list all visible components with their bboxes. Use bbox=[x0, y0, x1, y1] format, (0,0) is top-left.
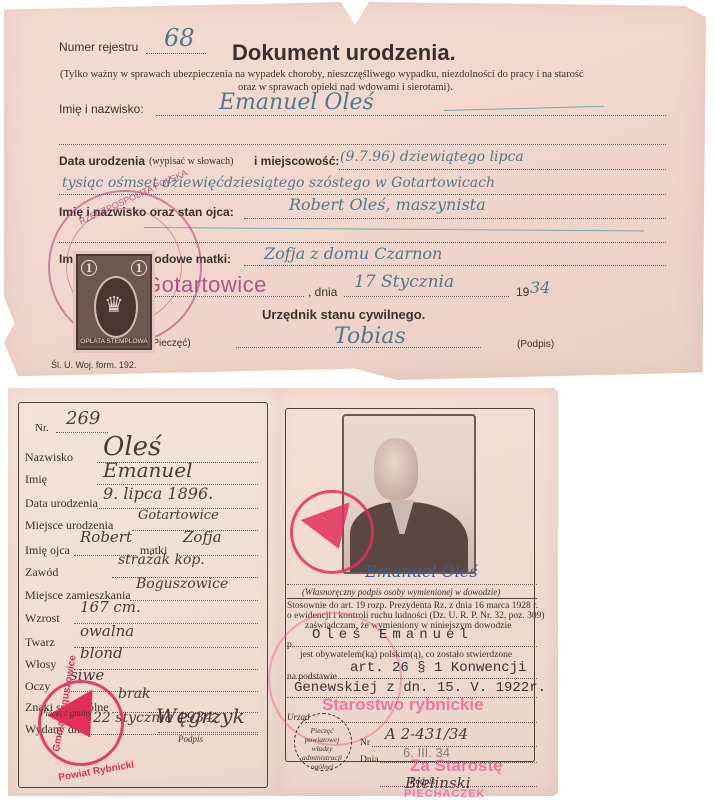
date-label: Dnia bbox=[360, 755, 378, 765]
birth-value-line-2: tysiąc ośmset dziewięćdziesiątego szóste… bbox=[62, 175, 495, 191]
basis-value-2: Genewskiej z dn. 15. V. 1922r. bbox=[294, 680, 546, 696]
id-card-left-page: Nr. 269 NazwiskoOleśImięEmanuelData urod… bbox=[8, 388, 278, 796]
field-label: Nazwisko bbox=[25, 450, 73, 465]
name-line bbox=[156, 115, 666, 116]
issuer-signature-label: Podpis bbox=[178, 734, 203, 744]
field-value: blond bbox=[80, 644, 123, 662]
number-label: Nr. bbox=[35, 422, 49, 434]
year-suffix: 34 bbox=[530, 278, 550, 297]
father-value: Robert Oleś, maszynista bbox=[289, 195, 486, 214]
field-label: Data urodzenia bbox=[25, 496, 98, 511]
official-label: Urzędnik stanu cywilnego. bbox=[262, 307, 425, 322]
revenue-stamp: 1 1 ♛ OPŁATA STEMPLOWA bbox=[76, 254, 152, 350]
subtitle-line-1: (Tylko ważny w sprawach ubezpieczenia na… bbox=[60, 69, 584, 80]
year-prefix: 19 bbox=[516, 285, 529, 299]
registry-line bbox=[146, 53, 206, 54]
revenue-stamp-text: OPŁATA STEMPLOWA bbox=[80, 338, 148, 346]
field-label: Imię ojca bbox=[25, 543, 70, 558]
date-label: , dnia bbox=[308, 285, 337, 299]
field-value: 9. lipca 1896. bbox=[103, 484, 213, 503]
field-label: Wzrost bbox=[25, 611, 60, 626]
signature-label: (Podpis) bbox=[517, 339, 554, 350]
revenue-stamp-value-right: 1 bbox=[131, 260, 147, 276]
field-label: Zawód bbox=[25, 565, 58, 580]
name-value: Emanuel Oleś bbox=[219, 90, 374, 115]
field-value: owalna bbox=[80, 622, 134, 640]
deputy-stamp: Za Starostę bbox=[410, 756, 503, 776]
citizen-line: jest obywatelem(ką) polskim(ą), co zosta… bbox=[300, 650, 512, 660]
name-label: Imię i nazwisko: bbox=[59, 102, 144, 116]
form-code: Śl. U. Woj. form. 192. bbox=[51, 360, 136, 370]
holder-signature: Emanuel Oleś bbox=[365, 562, 478, 581]
county-seal-label: Pieczęć powiatowej władzy administracji … bbox=[296, 726, 348, 771]
nr-label: Nr bbox=[360, 738, 370, 748]
podpis-label: Podpis bbox=[410, 776, 435, 786]
date-value: 17 Stycznia bbox=[354, 272, 454, 292]
nr-value: A 2-431/34 bbox=[385, 725, 468, 743]
mother-value: Zofja z domu Czarnon bbox=[264, 244, 442, 263]
field-value: Emanuel bbox=[103, 458, 192, 482]
registry-value: 68 bbox=[164, 24, 195, 52]
citizen-prefix: p. bbox=[287, 640, 294, 650]
field-value: Gotartowice bbox=[138, 508, 219, 523]
field-value: Boguszowice bbox=[136, 576, 228, 592]
birth-certificate: Numer rejestru 68 Dokument urodzenia. (T… bbox=[4, 2, 706, 380]
field-label: Twarz bbox=[25, 635, 55, 650]
field-value: Zofja bbox=[183, 528, 222, 546]
birth-label: Data urodzenia bbox=[59, 154, 145, 168]
holder-signature-caption: (Własnoręczny podpis osoby wymienionej w… bbox=[302, 587, 500, 597]
field-label: Oczy bbox=[25, 679, 50, 694]
field-value: brak bbox=[118, 686, 150, 702]
revenue-stamp-value-left: 1 bbox=[81, 260, 97, 276]
citizen-name: Oleś Emanuel bbox=[312, 627, 473, 643]
secretary-name: PIECHACZEK bbox=[404, 788, 486, 800]
official-signature: Tobias bbox=[334, 324, 406, 349]
legal-line-1: Stosownie do art. 19 rozp. Prezydenta Rz… bbox=[287, 601, 538, 611]
birth-place-label: i miejscowość: bbox=[254, 154, 339, 168]
seal-label: (Pieczęć) bbox=[149, 338, 191, 349]
birth-hint: (wypisać w słowach) bbox=[149, 156, 233, 167]
eagle-icon: ♛ bbox=[78, 292, 150, 318]
document-title: Dokument urodzenia. bbox=[232, 40, 456, 66]
issuer-signature: Węgrzyk bbox=[156, 704, 245, 728]
number-value: 269 bbox=[66, 408, 100, 429]
basis-value-1: art. 26 § 1 Konwencji bbox=[350, 660, 526, 676]
field-value: strażak kop. bbox=[118, 552, 205, 568]
field-value: 167 cm. bbox=[80, 598, 141, 616]
office-stamp: Starostwo rybnickie bbox=[322, 695, 484, 715]
field-label: Włosy bbox=[25, 657, 56, 672]
field-label: Imię bbox=[25, 472, 47, 487]
birth-value-line-1: (9.7.96) dziewiątego lipca bbox=[340, 149, 524, 165]
field-value: Robert bbox=[80, 528, 132, 546]
registry-label: Numer rejestru bbox=[59, 40, 138, 54]
